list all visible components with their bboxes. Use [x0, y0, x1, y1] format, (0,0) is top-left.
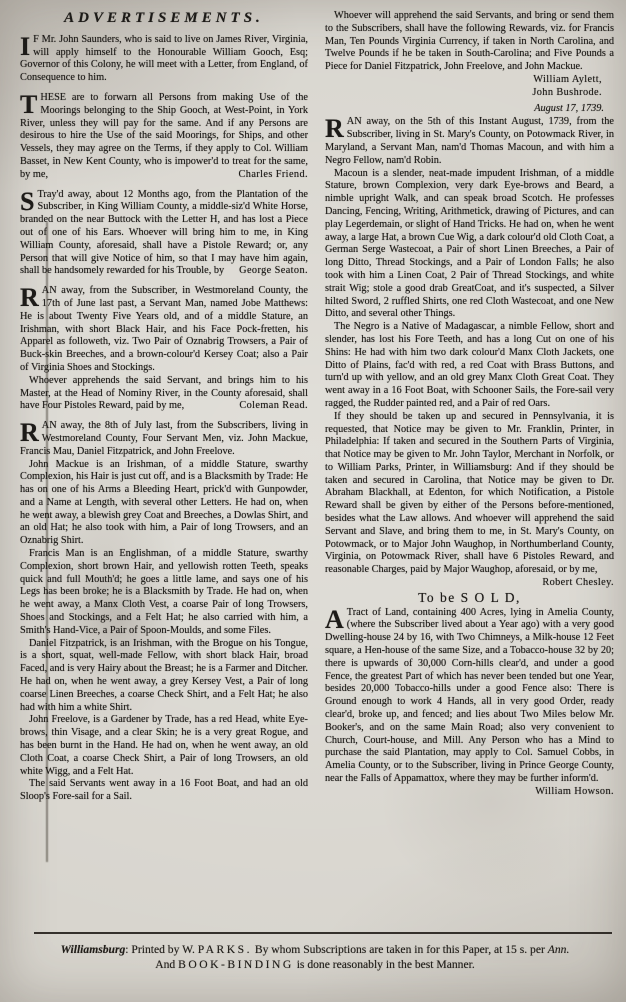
- ad-text: Tray'd away, about 12 Months ago, from t…: [20, 189, 308, 277]
- description-daniel-fitzpatrick: Daniel Fitzpatrick, is an Irishman, with…: [20, 638, 308, 715]
- drop-cap: R: [325, 116, 347, 139]
- ad-runaway-macoun: RAN away, on the 5th of this Instant Aug…: [325, 116, 614, 167]
- imprint-place: Williamsburg: [61, 943, 126, 956]
- right-column: Whoever will apprehend the said Servants…: [325, 10, 614, 932]
- ad-text: AN away, from the Subscriber, in Westmor…: [20, 285, 308, 373]
- notice-paragraph: If they should be taken up and secured i…: [325, 411, 614, 590]
- to-be-sold-heading: To be S O L D,: [325, 592, 614, 605]
- left-column: ADVERTISEMENTS. IF Mr. John Saunders, wh…: [20, 10, 308, 932]
- description-john-freelove: John Freelove, is a Gardener by Trade, h…: [20, 714, 308, 778]
- ad-runaway-matthews-reward: Whoever apprehends the said Servant, and…: [20, 375, 308, 413]
- signature: William Howson.: [535, 786, 614, 799]
- footer-rule: [34, 932, 612, 934]
- newspaper-page: ADVERTISEMENTS. IF Mr. John Saunders, wh…: [0, 0, 626, 1002]
- page-title: ADVERTISEMENTS.: [20, 12, 308, 25]
- signature: George Seaton.: [239, 265, 308, 278]
- ad-john-saunders: IF Mr. John Saunders, who is said to liv…: [20, 34, 308, 85]
- description-negro-robin: The Negro is a Native of Madagascar, a n…: [325, 321, 614, 411]
- ad-strayed-horse: STray'd away, about 12 Months ago, from …: [20, 189, 308, 279]
- imprint-line-1: Williamsburg: Printed by W. PARKS. By wh…: [14, 942, 616, 957]
- signature: William Aylett,: [325, 74, 614, 87]
- date-line: August 17, 1739.: [325, 103, 614, 116]
- page-content: ADVERTISEMENTS. IF Mr. John Saunders, wh…: [20, 10, 614, 932]
- ad-runaway-four-servants: RAN away, the 8th of July last, from the…: [20, 420, 308, 458]
- reward-paragraph: Whoever will apprehend the said Servants…: [325, 10, 614, 74]
- drop-cap: R: [20, 420, 42, 443]
- signature: Coleman Read.: [230, 400, 308, 413]
- signature: John Bushrode.: [325, 87, 614, 100]
- drop-cap: I: [20, 34, 33, 57]
- drop-cap: T: [20, 92, 40, 115]
- printer-name: PARKS.: [198, 943, 252, 956]
- signature: Charles Friend.: [239, 169, 309, 182]
- drop-cap: R: [20, 285, 42, 308]
- ad-text: F Mr. John Saunders, who is said to live…: [20, 34, 308, 83]
- ad-tract-of-land: ATract of Land, containing 400 Acres, ly…: [325, 607, 614, 799]
- drop-cap: A: [325, 607, 347, 630]
- ad-runaway-matthews: RAN away, from the Subscriber, in Westmo…: [20, 285, 308, 375]
- bookbinding-label: BOOK-BINDING: [178, 958, 294, 971]
- ad-text: AN away, on the 5th of this Instant Augu…: [325, 116, 614, 165]
- description-john-mackue: John Mackue is an Irishman, of a middle …: [20, 459, 308, 549]
- ad-text: AN away, the 8th of July last, from the …: [20, 420, 308, 457]
- description-boat: The said Servants went away in a 16 Foot…: [20, 778, 308, 804]
- imprint-line-2: And BOOK-BINDING is done reasonably in t…: [14, 957, 616, 972]
- ad-text: If they should be taken up and secured i…: [325, 411, 614, 576]
- ad-text: Tract of Land, containing 400 Acres, lyi…: [325, 607, 614, 784]
- drop-cap: S: [20, 189, 37, 212]
- description-thomas-macoun: Macoun is a slender, neat-made impudent …: [325, 168, 614, 322]
- ad-ship-gooch-moorings: THESE are to forwarn all Persons from ma…: [20, 92, 308, 182]
- ad-text: HESE are to forwarn all Persons from mak…: [20, 92, 308, 180]
- imprint-footer: Williamsburg: Printed by W. PARKS. By wh…: [14, 942, 616, 972]
- signature: Robert Chesley.: [533, 577, 614, 590]
- description-francis-man: Francis Man is an Englishman, of a middl…: [20, 548, 308, 638]
